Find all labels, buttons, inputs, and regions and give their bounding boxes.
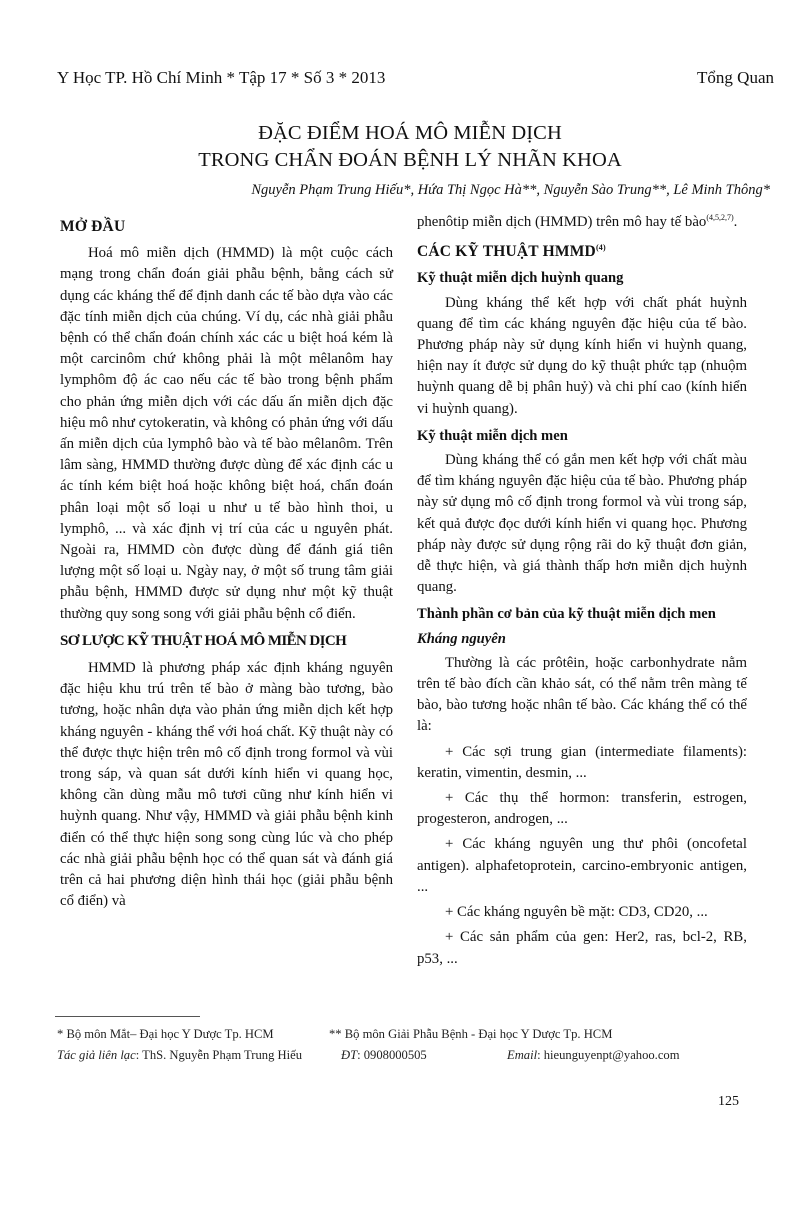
components-heading: Thành phần cơ bản của kỹ thuật miễn dịch… <box>417 604 747 625</box>
antigen-paragraph: Thường là các prôtêin, hoặc carbonhydrat… <box>417 653 747 738</box>
intro-heading: MỞ ĐẦU <box>60 216 393 237</box>
enzyme-paragraph: Dùng kháng thể có gắn men kết hợp với ch… <box>417 450 747 598</box>
antigen-list-item: + Các kháng nguyên ung thư phôi (oncofet… <box>417 834 747 898</box>
enzyme-heading: Kỹ thuật miễn dịch men <box>417 426 747 447</box>
left-column: MỞ ĐẦU Hoá mô miễn dịch (HMMD) là một cu… <box>60 212 393 913</box>
footnotes: * Bộ môn Mắt– Đại học Y Dược Tp. HCM ** … <box>57 1024 777 1066</box>
affiliation-2: ** Bộ môn Giải Phẫu Bệnh - Đại học Y Dượ… <box>329 1024 612 1045</box>
contact-email: Email: hieunguyenpt@yahoo.com <box>507 1045 680 1066</box>
fluorescence-paragraph: Dùng kháng thể kết hợp với chất phát huỳ… <box>417 293 747 420</box>
article-title: ĐẶC ĐIỂM HOÁ MÔ MIỄN DỊCH TRONG CHẨN ĐOÁ… <box>40 120 780 174</box>
contact-phone: ĐT: 0908000505 <box>341 1045 427 1066</box>
running-head: Y Học TP. Hồ Chí Minh * Tập 17 * Số 3 * … <box>57 68 774 90</box>
section-label: Tổng Quan <box>697 68 774 88</box>
antigen-list-item: + Các sợi trung gian (intermediate filam… <box>417 742 747 784</box>
page-number: 125 <box>718 1094 739 1110</box>
antigen-list-item: + Các thụ thể hormon: transferin, estrog… <box>417 788 747 830</box>
affiliation-1: * Bộ môn Mắt– Đại học Y Dược Tp. HCM <box>57 1024 274 1045</box>
title-line-1: ĐẶC ĐIỂM HOÁ MÔ MIỄN DỊCH <box>40 120 780 147</box>
contact-author: Tác giả liên lạc: ThS. Nguyễn Phạm Trung… <box>57 1045 302 1066</box>
antigen-list-item: + Các sản phẩm của gen: Her2, ras, bcl-2… <box>417 927 747 969</box>
antigen-list-item: + Các kháng nguyên bề mặt: CD3, CD20, ..… <box>417 902 747 923</box>
affiliations-row: * Bộ môn Mắt– Đại học Y Dược Tp. HCM ** … <box>57 1024 777 1045</box>
citation-ref: (4) <box>596 243 606 252</box>
fluorescence-heading: Kỹ thuật miễn dịch huỳnh quang <box>417 268 747 289</box>
title-line-2: TRONG CHẨN ĐOÁN BỆNH LÝ NHÃN KHOA <box>40 147 780 174</box>
right-column: phenôtip miễn dịch (HMMD) trên mô hay tế… <box>417 212 747 970</box>
overview-heading: SƠ LƯỢC KỸ THUẬT HOÁ MÔ MIỄN DỊCH <box>60 631 393 652</box>
techniques-heading: CÁC KỸ THUẬT HMMD(4) <box>417 241 747 262</box>
overview-paragraph: HMMD là phương pháp xác định kháng nguyê… <box>60 658 393 912</box>
footnote-divider <box>55 1016 200 1017</box>
citation-ref: (4,5,2,7) <box>706 213 733 222</box>
journal-page: Y Học TP. Hồ Chí Minh * Tập 17 * Số 3 * … <box>0 0 804 1206</box>
intro-paragraph: Hoá mô miễn dịch (HMMD) là một cuộc cách… <box>60 243 393 625</box>
contact-row: Tác giả liên lạc: ThS. Nguyễn Phạm Trung… <box>57 1045 777 1066</box>
continuation-paragraph: phenôtip miễn dịch (HMMD) trên mô hay tế… <box>417 212 747 233</box>
journal-citation: Y Học TP. Hồ Chí Minh * Tập 17 * Số 3 * … <box>57 68 385 88</box>
antigen-heading: Kháng nguyên <box>417 629 747 650</box>
author-list: Nguyễn Phạm Trung Hiếu*, Hứa Thị Ngọc Hà… <box>170 182 770 199</box>
